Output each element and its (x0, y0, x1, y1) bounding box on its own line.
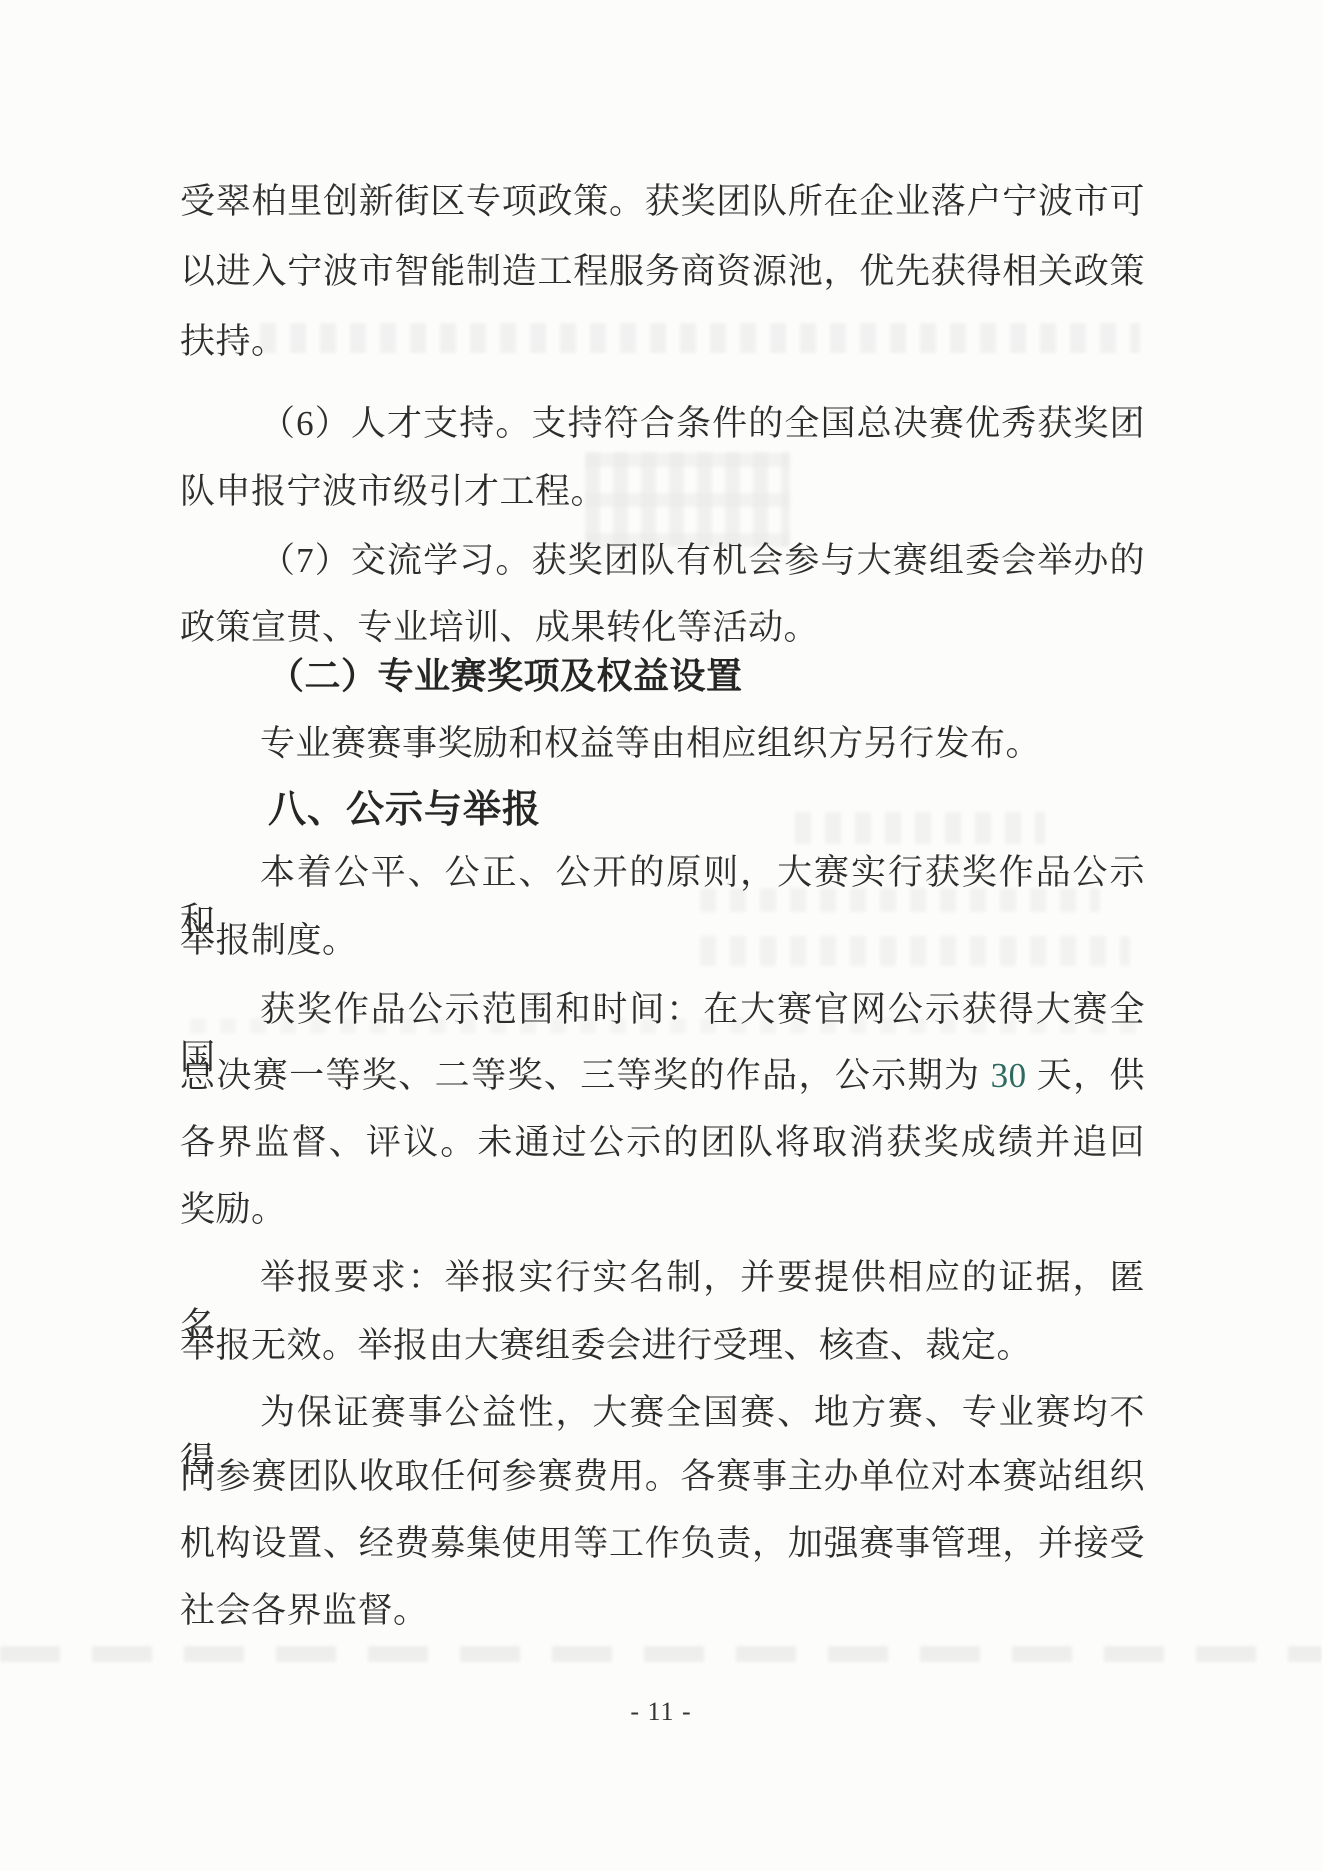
text-segment: 天，供 (1027, 1056, 1145, 1095)
text-line: 受翠柏里创新街区专项政策。获奖团队所在企业落户宁波市可 (180, 178, 1145, 226)
text-line: （7）交流学习。获奖团队有机会参与大赛组委会举办的 (180, 537, 1145, 585)
text-line: 举报要求：举报实行实名制，并要提供相应的证据，匿名 (180, 1254, 1145, 1302)
text-line: 机构设置、经费募集使用等工作负责，加强赛事管理，并接受 (180, 1520, 1145, 1568)
text-line: （6）人才支持。支持符合条件的全国总决赛优秀获奖团 (180, 400, 1145, 448)
text-line: 本着公平、公正、公开的原则，大赛实行获奖作品公示和 (180, 849, 1145, 897)
text-line: 专业赛赛事奖励和权益等由相应组织方另行发布。 (180, 720, 1145, 768)
chapter-heading: 八、公示与举报 (180, 786, 1145, 834)
section-heading: （二）专业赛奖项及权益设置 (180, 652, 1145, 700)
scanner-streak-artifact (0, 1646, 1322, 1662)
publicity-days-number: 30 (991, 1056, 1027, 1095)
text-line: 扶持。 (180, 318, 1145, 366)
text-segment: 总决赛一等奖、二等奖、三等奖的作品，公示期为 (180, 1056, 991, 1095)
text-line: 向参赛团队收取任何参赛费用。各赛事主办单位对本赛站组织 (180, 1453, 1145, 1501)
text-line: 各界监督、评议。未通过公示的团队将取消获奖成绩并追回 (180, 1119, 1145, 1167)
text-line: 社会各界监督。 (180, 1587, 1145, 1635)
page-number: - 11 - (0, 1697, 1322, 1727)
text-line: 队申报宁波市级引才工程。 (180, 468, 1145, 516)
text-line: 奖励。 (180, 1186, 1145, 1234)
text-line: 总决赛一等奖、二等奖、三等奖的作品，公示期为 30 天，供 (180, 1052, 1145, 1100)
text-line: 举报无效。举报由大赛组委会进行受理、核查、裁定。 (180, 1322, 1145, 1370)
scanned-document-page: 受翠柏里创新街区专项政策。获奖团队所在企业落户宁波市可 以进入宁波市智能制造工程… (0, 0, 1322, 1871)
text-line: 获奖作品公示范围和时间：在大赛官网公示获得大赛全国 (180, 986, 1145, 1034)
text-line: 以进入宁波市智能制造工程服务商资源池，优先获得相关政策 (180, 248, 1145, 296)
text-line: 为保证赛事公益性，大赛全国赛、地方赛、专业赛均不得 (180, 1389, 1145, 1437)
text-line: 政策宣贯、专业培训、成果转化等活动。 (180, 604, 1145, 652)
text-line: 举报制度。 (180, 917, 1145, 965)
